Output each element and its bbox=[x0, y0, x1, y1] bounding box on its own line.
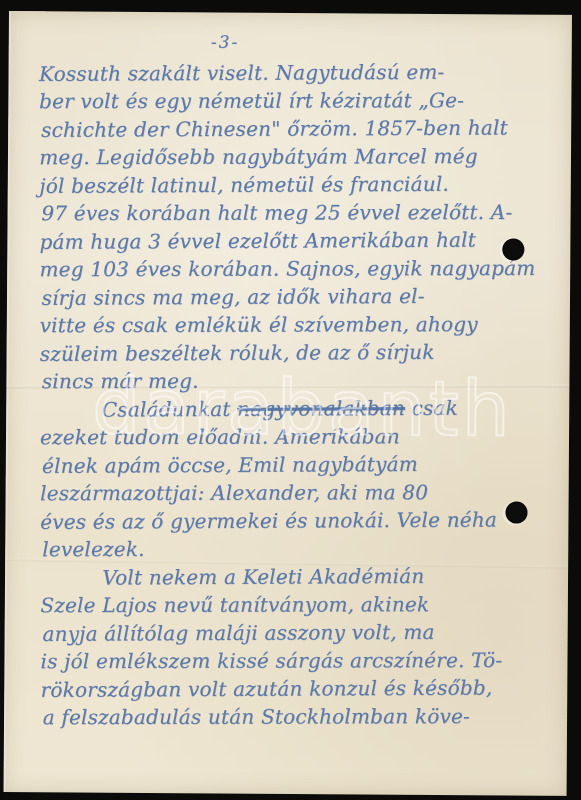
handwritten-line: sincs már meg. bbox=[42, 366, 560, 395]
handwritten-line: schichte der Chinesen" őrzöm. 1857-ben h… bbox=[41, 113, 559, 144]
hole-punch-bottom bbox=[505, 501, 527, 523]
handwritten-line: élnek apám öccse, Emil nagybátyám bbox=[42, 449, 560, 480]
handwritten-line: anyja állítólag maláji asszony volt, ma bbox=[42, 617, 560, 648]
handwritten-line: vitte és csak emlékük él szívemben, ahog… bbox=[40, 310, 560, 339]
handwritten-line: is jól emlékszem kissé sárgás arcszínére… bbox=[40, 646, 560, 675]
handwritten-line: szüleim beszéltek róluk, de az ő sírjuk bbox=[40, 337, 560, 368]
handwritten-line: rökországban volt azután konzul és későb… bbox=[41, 673, 561, 704]
page-number: -3- bbox=[211, 33, 239, 53]
handwritten-line: meg. Legidősebb nagybátyám Marcel még bbox=[39, 142, 559, 171]
handwritten-line: Kossuth szakált viselt. Nagytudású em- bbox=[39, 57, 559, 88]
scanned-letter-photo: -3- Kossuth szakált viselt. Nagytudású e… bbox=[0, 0, 581, 800]
handwritten-line: éves és az ő gyermekei és unokái. Vele n… bbox=[40, 505, 560, 536]
handwritten-line: 97 éves korában halt meg 25 évvel ezelőt… bbox=[41, 198, 559, 227]
handwritten-line: Volt nekem a Keleti Akadémián bbox=[40, 561, 560, 592]
handwritten-line: jól beszélt latinul, németül és franciáu… bbox=[39, 169, 559, 200]
handwritten-line: leszármazottjai: Alexander, aki ma 80 bbox=[40, 478, 560, 507]
handwritten-line: levelezek. bbox=[42, 534, 560, 563]
hole-punch-top bbox=[502, 238, 524, 260]
handwritten-line: Szele Lajos nevű tanítványom, akinek bbox=[40, 590, 560, 619]
handwritten-line: pám huga 3 évvel ezelőtt Amerikában halt bbox=[39, 225, 559, 256]
handwritten-line: ezeket tudom előadni. Amerikában bbox=[40, 422, 560, 451]
letter-lines: Kossuth szakált viselt. Nagytudású em- b… bbox=[39, 58, 561, 731]
handwritten-line: sírja sincs ma meg, az idők vihara el- bbox=[42, 281, 560, 312]
handwritten-line: ber volt és egy németül írt kéziratát „G… bbox=[39, 86, 559, 115]
line-text: Családunkat bbox=[102, 397, 237, 422]
strikethrough-text: nagyvonalakban bbox=[237, 396, 405, 421]
handwritten-line: meg 103 éves korában. Sajnos, egyik nagy… bbox=[39, 254, 559, 283]
handwriting-block: -3- Kossuth szakált viselt. Nagytudású e… bbox=[39, 28, 561, 731]
handwritten-line: a felszabadulás után Stockholmban köve- bbox=[43, 702, 561, 731]
line-text: csak bbox=[405, 396, 458, 420]
handwritten-line-with-strikethrough: Családunkat nagyvonalakban csak bbox=[40, 393, 560, 424]
letter-page: -3- Kossuth szakált viselt. Nagytudású e… bbox=[4, 11, 572, 796]
